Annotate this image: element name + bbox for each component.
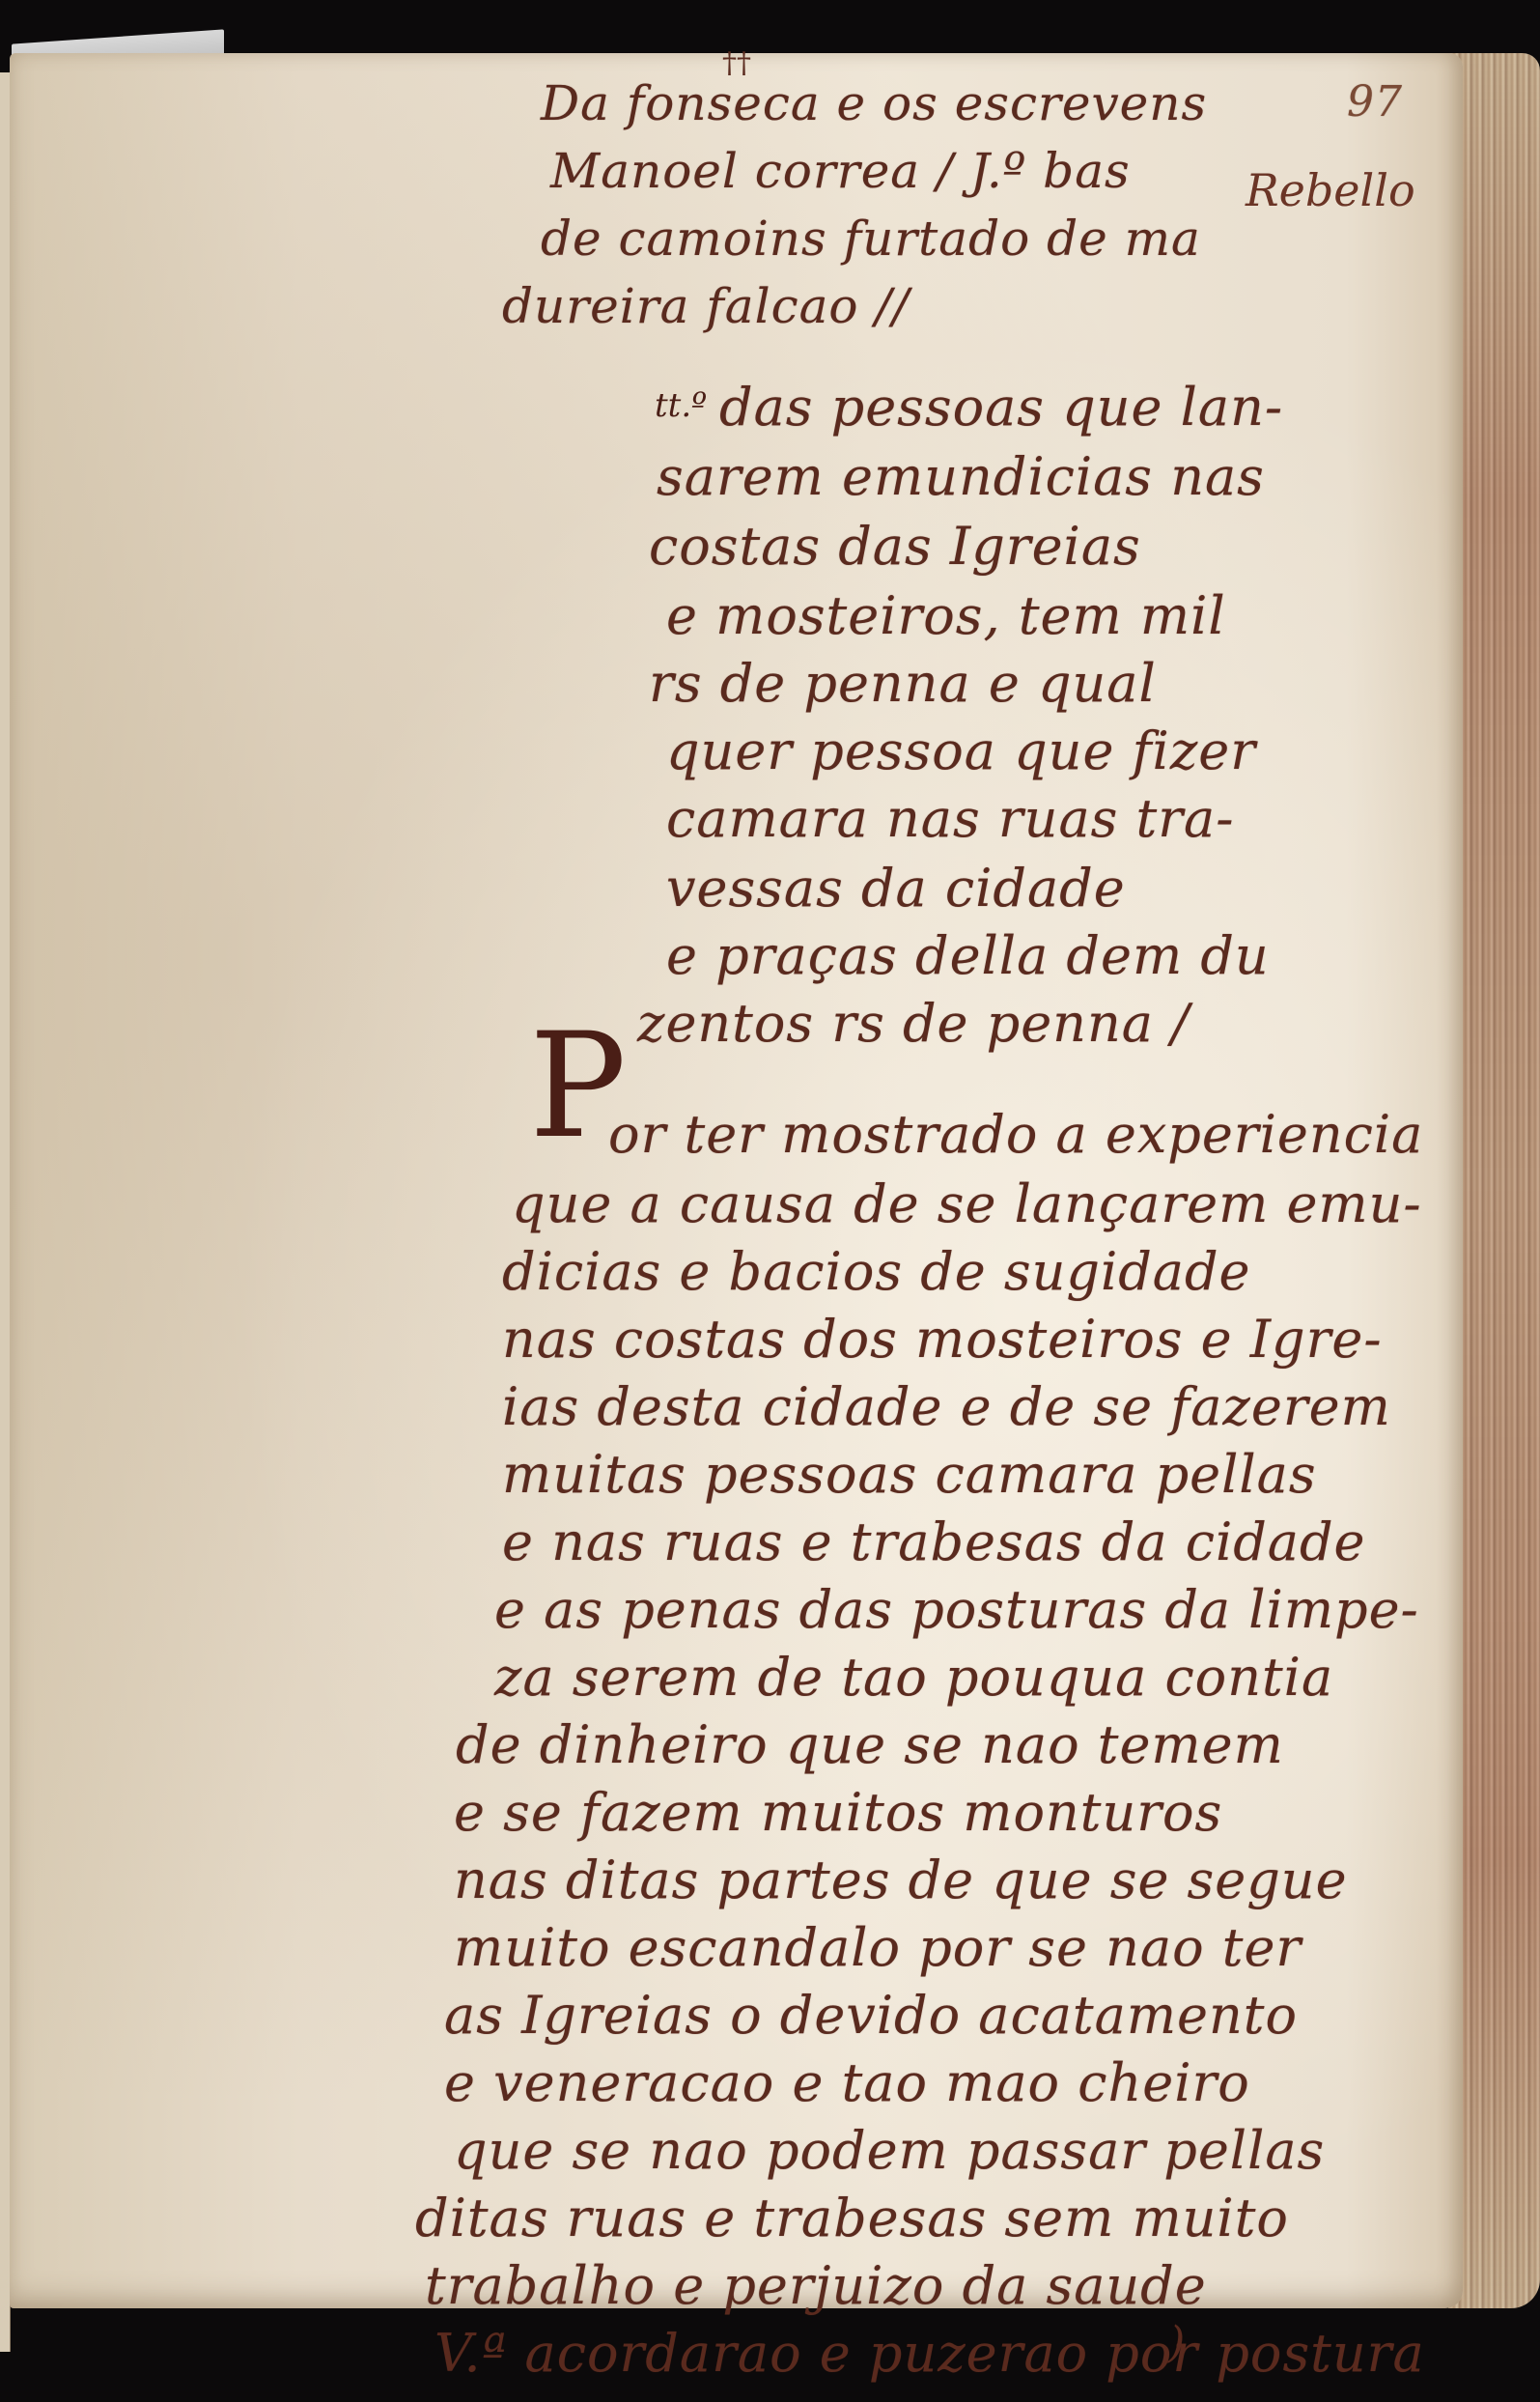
names-line: dureira falcao // <box>502 278 910 334</box>
heading-line: das pessoas que lan- <box>719 377 1283 438</box>
body-line: dicias e bacios de sugidade <box>502 1241 1251 1302</box>
heading-line: e praças della dem du <box>666 925 1270 986</box>
body-line: or ter mostrado a experiencia <box>608 1104 1423 1165</box>
body-line: nas ditas partes de que se segue <box>454 1850 1348 1910</box>
body-line: que a causa de se lançarem emu- <box>512 1173 1422 1234</box>
body-line: ias desta cidade e de se fazerem <box>502 1376 1391 1437</box>
heading-marker: tt.º <box>655 386 707 425</box>
folio-number: 97 <box>1347 77 1403 127</box>
margin-annotation: Rebello <box>1246 164 1415 216</box>
names-line: Manoel correa / J.º bas <box>550 143 1131 199</box>
body-line: za serem de tao pouqua contia <box>494 1647 1333 1708</box>
names-line: Da fonseca e os escrevens <box>541 75 1207 131</box>
body-line: as Igreias o devido acatamento <box>444 1985 1298 2046</box>
heading-line: e mosteiros, tem mil <box>666 585 1226 646</box>
heading-line: quer pessoa que fizer <box>666 721 1256 781</box>
heading-line: rs de penna e qual <box>649 653 1157 714</box>
body-line: nas costas dos mosteiros e Igre- <box>502 1309 1383 1370</box>
body-line: e nas ruas e trabesas da cidade <box>502 1512 1366 1572</box>
body-line: que se nao podem passar pellas <box>454 2120 1325 2181</box>
body-line: muito escandalo por se nao ter <box>454 1917 1302 1978</box>
body-line: de dinheiro que se nao temem <box>456 1714 1284 1775</box>
body-line: e se fazem muitos monturos <box>454 1782 1222 1843</box>
body-line: trabalho e perjuizo da saude <box>425 2255 1207 2316</box>
heading-line: vessas da cidade <box>666 858 1126 918</box>
body-line: V.ª acordarao e puzerao por postura <box>434 2323 1425 2384</box>
catchword: ) <box>1168 2318 1186 2367</box>
body-line: ditas ruas e trabesas sem muito <box>415 2188 1289 2248</box>
heading-line: zentos rs de penna / <box>637 993 1190 1054</box>
body-line: e as penas das posturas da limpe- <box>494 1579 1419 1640</box>
heading-line: camara nas ruas tra- <box>666 788 1234 849</box>
body-line: muitas pessoas camara pellas <box>502 1444 1317 1505</box>
names-line: de camoins furtado de ma <box>541 211 1201 267</box>
body-line: e veneracao e tao mao cheiro <box>444 2052 1250 2113</box>
manuscript-photo: †† 97 Rebello Da fonseca e os escrevens … <box>0 0 1540 2402</box>
heading-line: sarem emundicias nas <box>657 446 1265 507</box>
heading-line: costas das Igreias <box>649 516 1141 577</box>
